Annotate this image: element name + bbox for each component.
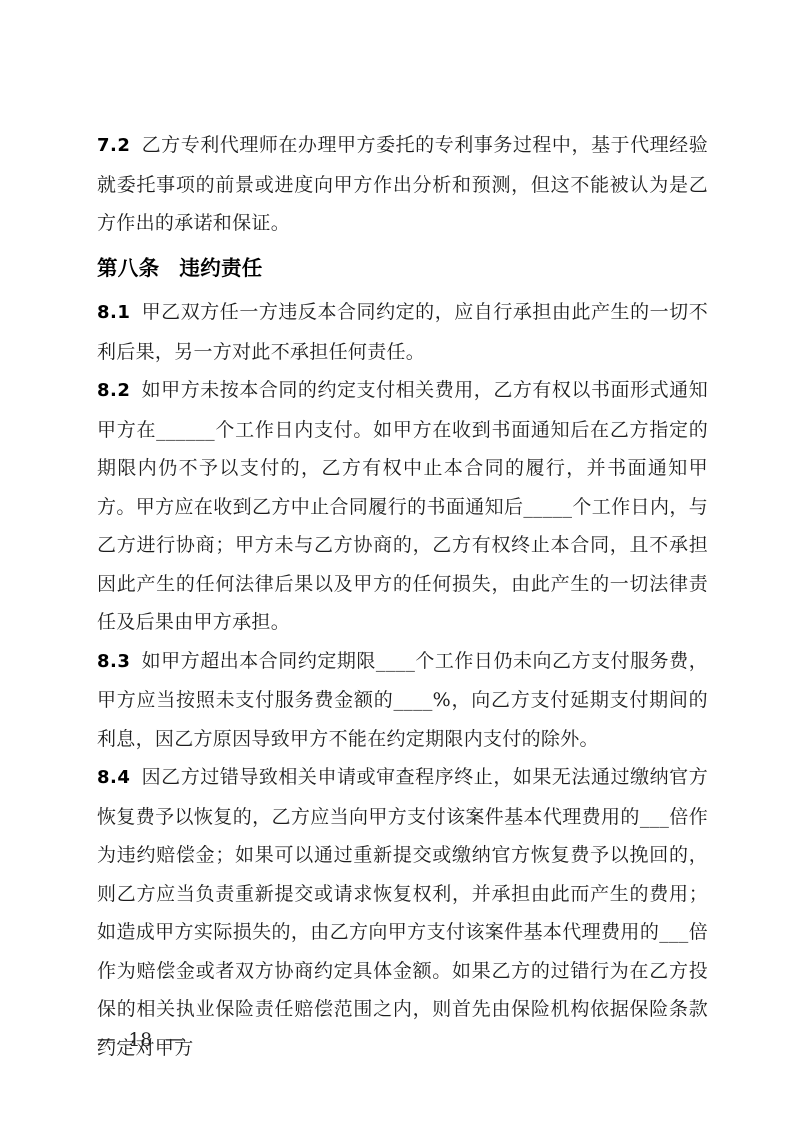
page-footer: — 18 — (97, 1030, 184, 1051)
clause-8-3-text: 如甲方超出本合同约定期限____个工作日仍未向乙方支付服务费，甲方应当按照未支付… (97, 650, 708, 750)
clause-8-4-text: 因乙方过错导致相关申请或审查程序终止，如果无法通过缴纳官方恢复费予以恢复的，乙方… (97, 766, 708, 1059)
contract-body: 7.2乙方专利代理师在办理甲方委托的专利事务过程中，基于代理经验就委托事项的前景… (97, 126, 708, 1067)
clause-8-2-text: 如甲方未按本合同的约定支付相关费用，乙方有权以书面形式通知甲方在______个工… (97, 379, 708, 633)
clause-8-2-number: 8.2 (97, 380, 130, 401)
clause-8-3-number: 8.3 (97, 651, 130, 672)
clause-7-2: 7.2乙方专利代理师在办理甲方委托的专利事务过程中，基于代理经验就委托事项的前景… (97, 126, 708, 243)
contract-page: 7.2乙方专利代理师在办理甲方委托的专利事务过程中，基于代理经验就委托事项的前景… (0, 0, 793, 1122)
article-8-title: 违约责任 (179, 256, 262, 280)
article-8-heading: 第八条违约责任 (97, 249, 708, 288)
clause-8-4: 8.4因乙方过错导致相关申请或审查程序终止，如果无法通过缴纳官方恢复费予以恢复的… (97, 758, 708, 1067)
clause-8-3: 8.3如甲方超出本合同约定期限____个工作日仍未向乙方支付服务费，甲方应当按照… (97, 642, 708, 759)
clause-8-2: 8.2如甲方未按本合同的约定支付相关费用，乙方有权以书面形式通知甲方在_____… (97, 371, 708, 642)
article-8-number: 第八条 (97, 256, 159, 280)
clause-8-1-number: 8.1 (97, 302, 130, 323)
clause-8-1: 8.1甲乙双方任一方违反本合同约定的，应自行承担由此产生的一切不利后果，另一方对… (97, 293, 708, 371)
footer-left-dash: — (97, 1029, 116, 1050)
clause-7-2-number: 7.2 (97, 135, 130, 156)
page-number: 18 (129, 1030, 153, 1051)
clause-7-2-text: 乙方专利代理师在办理甲方委托的专利事务过程中，基于代理经验就委托事项的前景或进度… (97, 134, 708, 234)
clause-8-1-text: 甲乙双方任一方违反本合同约定的，应自行承担由此产生的一切不利后果，另一方对此不承… (97, 301, 708, 363)
clause-8-4-number: 8.4 (97, 767, 130, 788)
footer-right-dash: — (165, 1029, 184, 1050)
